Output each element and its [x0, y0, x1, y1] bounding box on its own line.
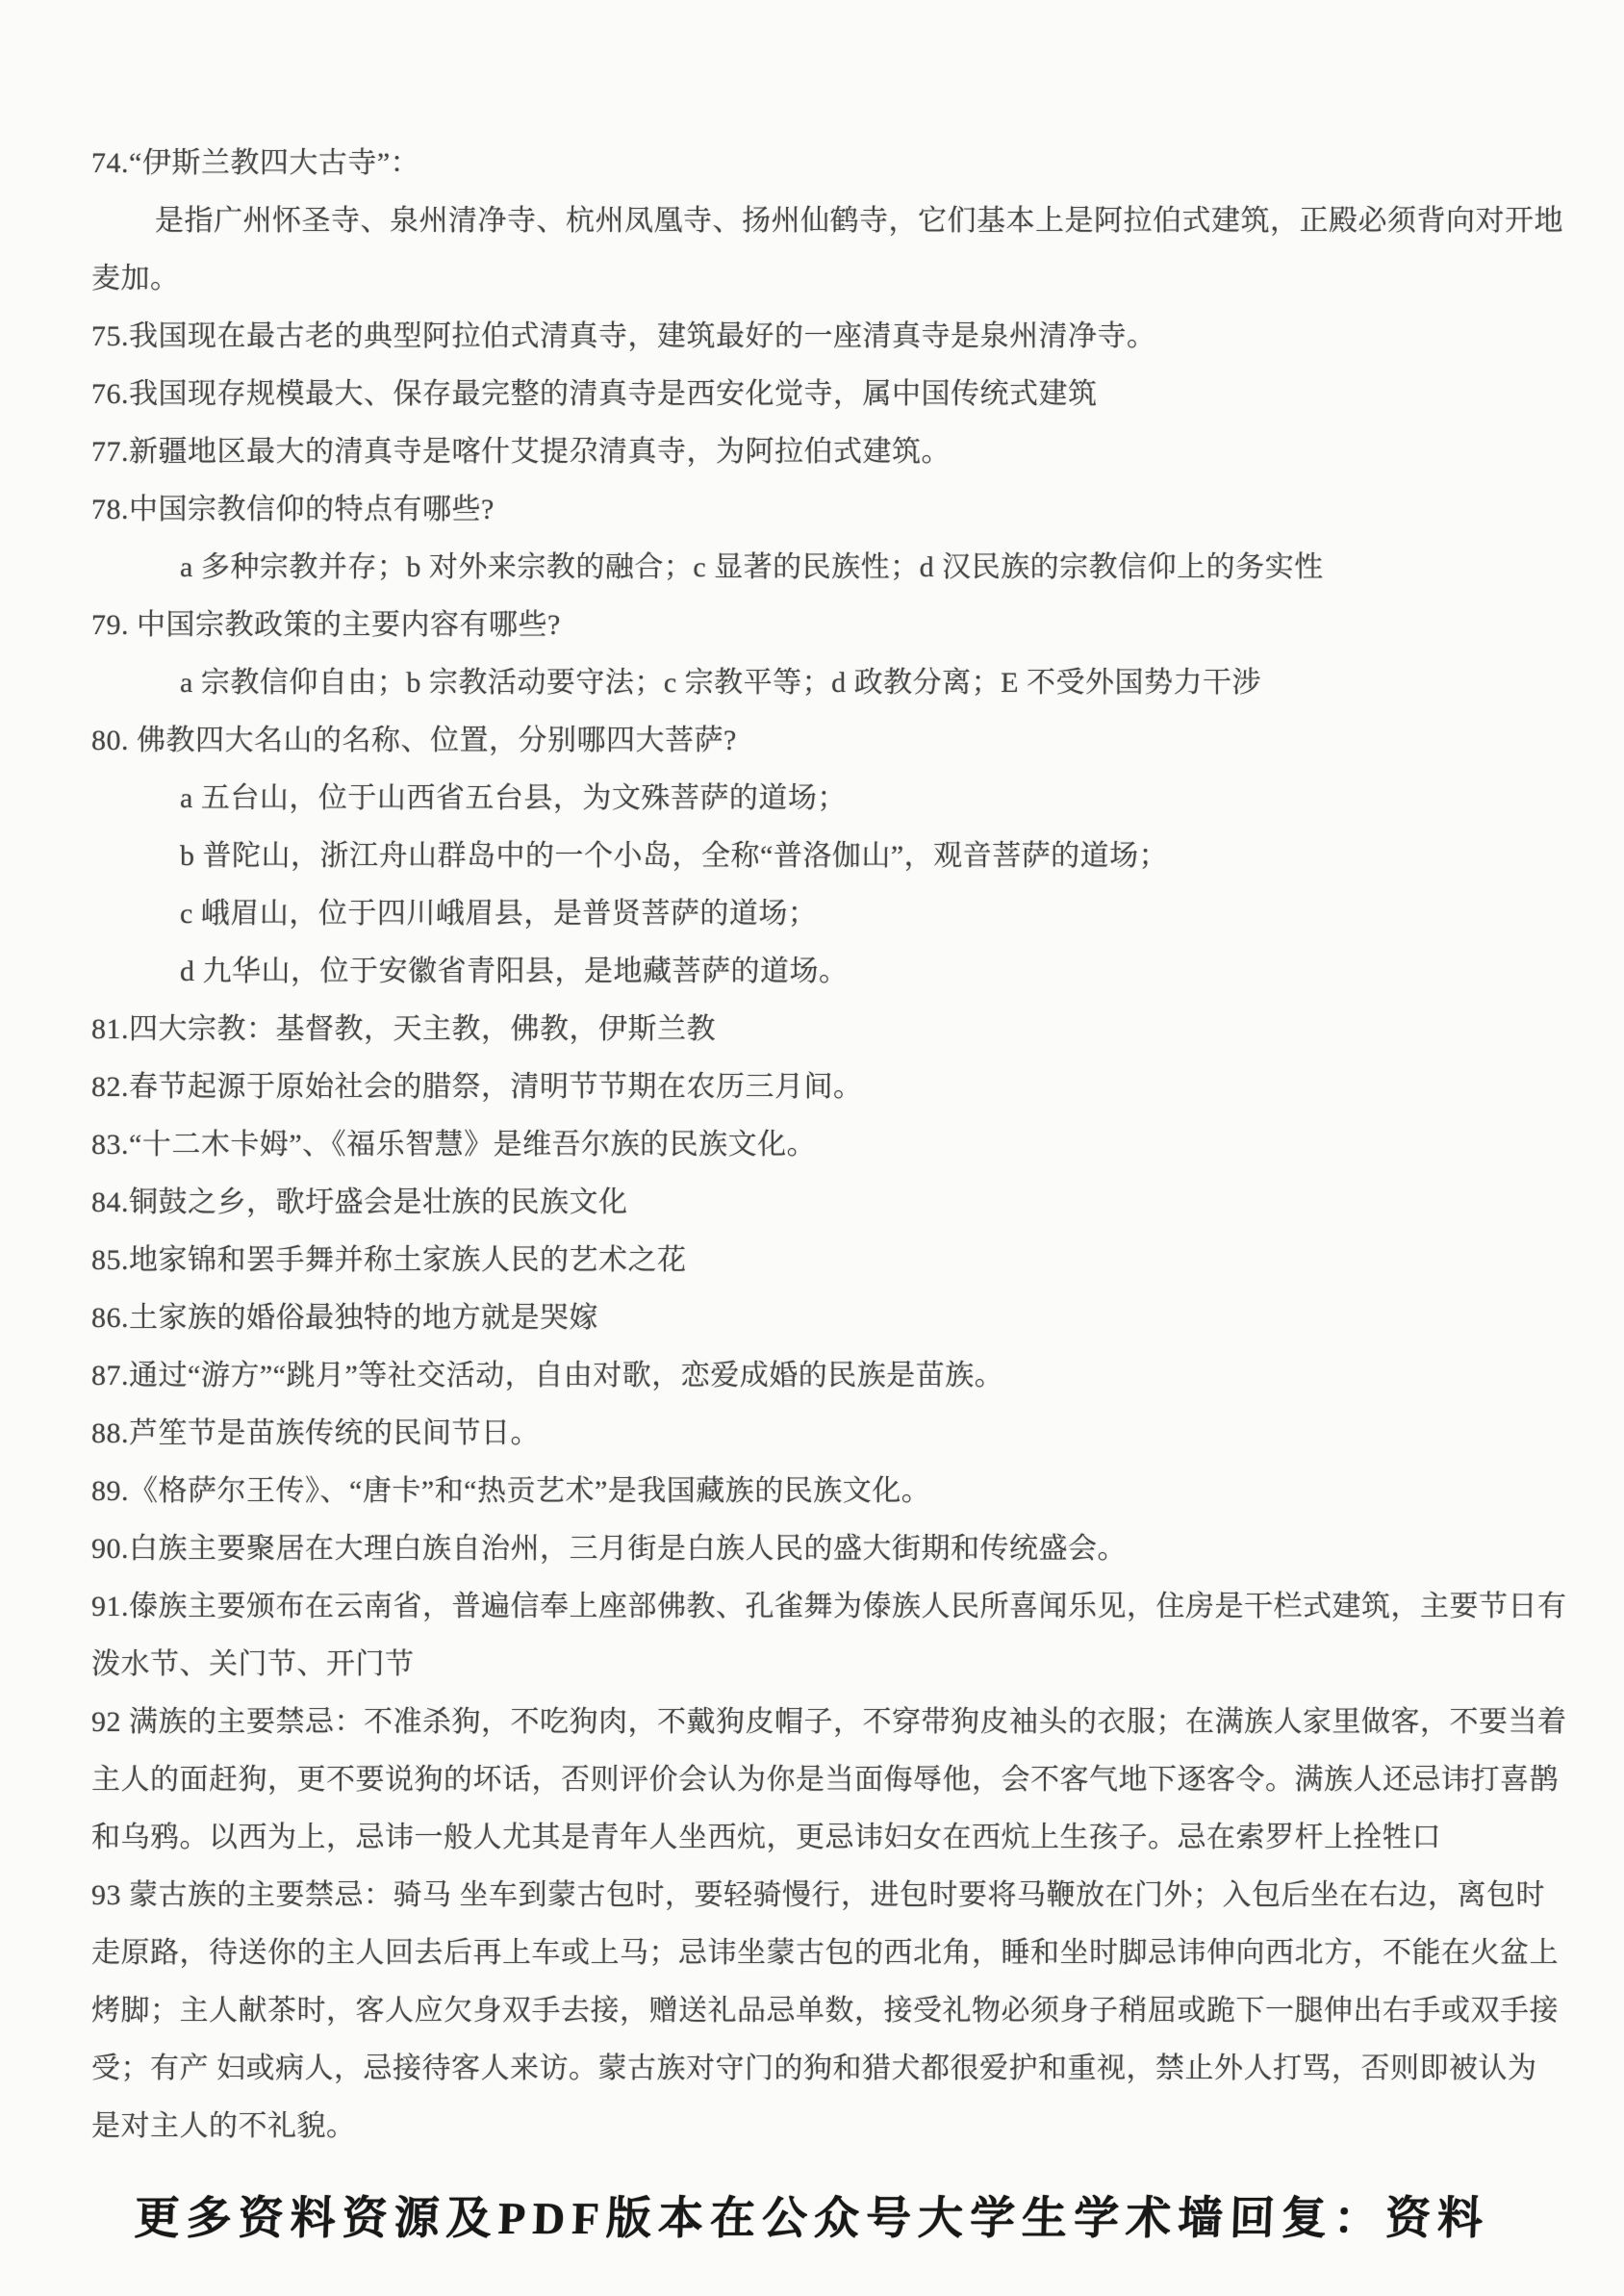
- text-line: a 宗教信仰自由；b 宗教活动要守法；c 宗教平等；d 政教分离；E 不受外国势…: [180, 654, 1571, 712]
- text-line: 74.“伊斯兰教四大古寺”：: [91, 135, 1571, 192]
- text-line: 和乌鸦。以西为上，忌讳一般人尤其是青年人坐西炕，更忌讳妇女在西炕上生孩子。忌在索…: [91, 1809, 1571, 1867]
- text-line: a 多种宗教并存；b 对外来宗教的融合；c 显著的民族性；d 汉民族的宗教信仰上…: [180, 539, 1571, 597]
- text-line: 77.新疆地区最大的清真寺是喀什艾提尕清真寺，为阿拉伯式建筑。: [91, 423, 1571, 481]
- footer-promo-text: 更多资料资源及PDF版本在公众号大学生学术墙回复：资料: [0, 2182, 1624, 2247]
- text-line: 主人的面赶狗，更不要说狗的坏话，否则评价会认为你是当面侮辱他，会不客气地下逐客令…: [91, 1751, 1571, 1809]
- scanned-document-page: 74.“伊斯兰教四大古寺”：是指广州怀圣寺、泉州清净寺、杭州凤凰寺、扬州仙鹤寺，…: [0, 0, 1624, 2296]
- text-line: 76.我国现存规模最大、保存最完整的清真寺是西安化觉寺，属中国传统式建筑: [91, 366, 1571, 423]
- document-body: 74.“伊斯兰教四大古寺”：是指广州怀圣寺、泉州清净寺、杭州凤凰寺、扬州仙鹤寺，…: [91, 135, 1571, 2156]
- text-line: 89.《格萨尔王传》、“唐卡”和“热贡艺术”是我国藏族的民族文化。: [91, 1463, 1571, 1520]
- text-line: 91.傣族主要颁布在云南省，普遍信奉上座部佛教、孔雀舞为傣族人民所喜闻乐见，住房…: [91, 1578, 1571, 1636]
- text-line: 78.中国宗教信仰的特点有哪些?: [91, 481, 1571, 539]
- text-line: 82.春节起源于原始社会的腊祭，清明节节期在农历三月间。: [91, 1059, 1571, 1116]
- text-line: 受；有产 妇或病人，忌接待客人来访。蒙古族对守门的狗和猎犬都很爱护和重视，禁止外…: [91, 2040, 1571, 2098]
- text-line: 80. 佛教四大名山的名称、位置，分别哪四大菩萨?: [91, 712, 1571, 770]
- text-line: 88.芦笙节是苗族传统的民间节日。: [91, 1405, 1571, 1463]
- text-line: 83.“十二木卡姆”、《福乐智慧》是维吾尔族的民族文化。: [91, 1116, 1571, 1174]
- text-line: 泼水节、关门节、开门节: [91, 1636, 1571, 1694]
- text-line: 是对主人的不礼貌。: [91, 2098, 1571, 2156]
- text-line: 87.通过“游方”“跳月”等社交活动，自由对歌，恋爱成婚的民族是苗族。: [91, 1347, 1571, 1405]
- text-line: 81.四大宗教：基督教，天主教，佛教，伊斯兰教: [91, 1001, 1571, 1059]
- text-line: 走原路，待送你的主人回去后再上车或上马；忌讳坐蒙古包的西北角，睡和坐时脚忌讳伸向…: [91, 1925, 1571, 1982]
- text-line: 92 满族的主要禁忌：不准杀狗，不吃狗肉，不戴狗皮帽子，不穿带狗皮袖头的衣服；在…: [91, 1694, 1571, 1751]
- text-line: 是指广州怀圣寺、泉州清净寺、杭州凤凰寺、扬州仙鹤寺，它们基本上是阿拉伯式建筑，正…: [155, 192, 1571, 250]
- text-line: b 普陀山，浙江舟山群岛中的一个小岛，全称“普洛伽山”，观音菩萨的道场；: [180, 828, 1571, 885]
- text-line: 90.白族主要聚居在大理白族自治州，三月街是白族人民的盛大街期和传统盛会。: [91, 1520, 1571, 1578]
- text-line: 75.我国现在最古老的典型阿拉伯式清真寺，建筑最好的一座清真寺是泉州清净寺。: [91, 308, 1571, 366]
- text-line: 85.地家锦和罢手舞并称土家族人民的艺术之花: [91, 1232, 1571, 1289]
- text-line: 84.铜鼓之乡，歌圩盛会是壮族的民族文化: [91, 1174, 1571, 1232]
- text-line: 79. 中国宗教政策的主要内容有哪些?: [91, 597, 1571, 654]
- text-line: 麦加。: [91, 250, 1571, 308]
- text-line: 93 蒙古族的主要禁忌：骑马 坐车到蒙古包时，要轻骑慢行，进包时要将马鞭放在门外…: [91, 1867, 1571, 1925]
- text-line: c 峨眉山，位于四川峨眉县，是普贤菩萨的道场；: [180, 885, 1571, 943]
- text-line: 86.土家族的婚俗最独特的地方就是哭嫁: [91, 1289, 1571, 1347]
- text-line: a 五台山，位于山西省五台县，为文殊菩萨的道场；: [180, 770, 1571, 828]
- text-line: d 九华山，位于安徽省青阳县，是地藏菩萨的道场。: [180, 943, 1571, 1001]
- text-line: 烤脚；主人献茶时，客人应欠身双手去接，赠送礼品忌单数，接受礼物必须身子稍屈或跪下…: [91, 1982, 1571, 2040]
